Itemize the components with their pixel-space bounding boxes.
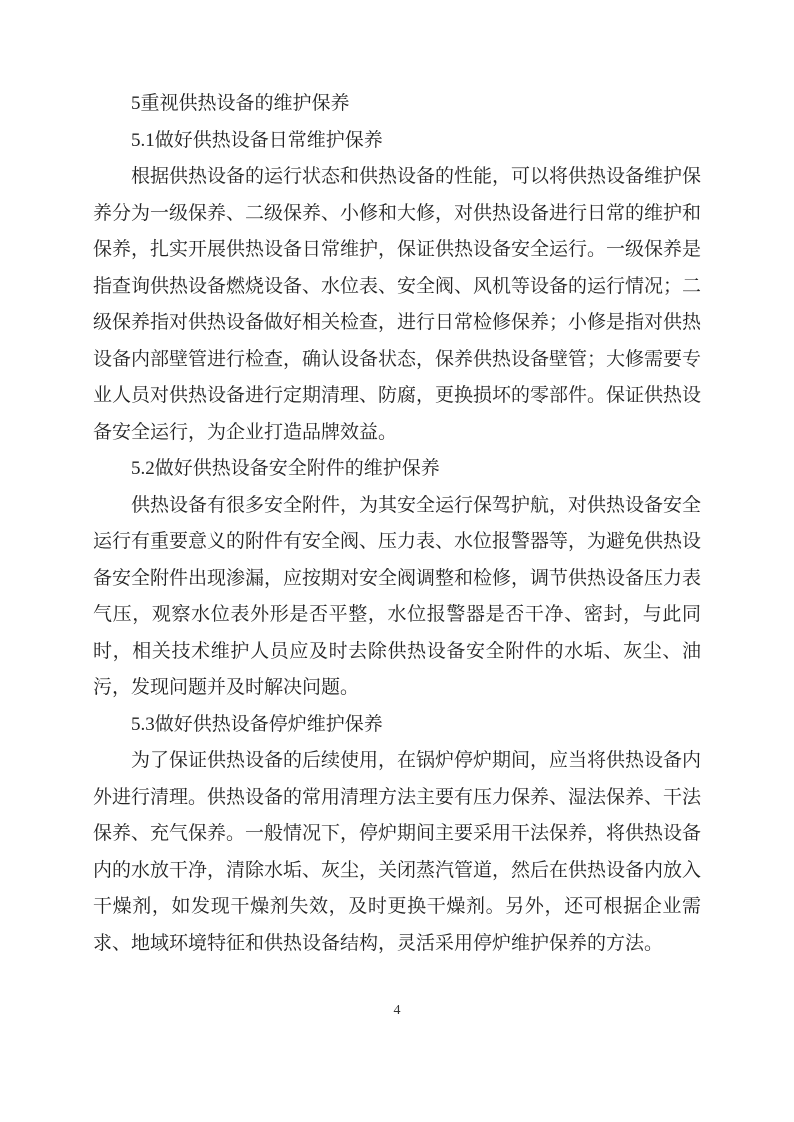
page-number: 4 (0, 1001, 794, 1021)
section-5-1-paragraph: 根据供热设备的运行状态和供热设备的性能，可以将供热设备维护保养分为一级保养、二级… (93, 159, 701, 451)
section-5-3-paragraph: 为了保证供热设备的后续使用，在锅炉停炉期间，应当将供热设备内外进行清理。供热设备… (93, 743, 701, 962)
section-title-5-3: 5.3做好供热设备停炉维护保养 (93, 707, 701, 744)
document-page: 5重视供热设备的维护保养 5.1做好供热设备日常维护保养 根据供热设备的运行状态… (0, 0, 794, 1122)
chapter-heading: 5重视供热设备的维护保养 (93, 86, 701, 123)
document-content: 5重视供热设备的维护保养 5.1做好供热设备日常维护保养 根据供热设备的运行状态… (93, 86, 701, 962)
section-title-5-1: 5.1做好供热设备日常维护保养 (93, 123, 701, 160)
section-5-2-paragraph: 供热设备有很多安全附件，为其安全运行保驾护航，对供热设备安全运行有重要意义的附件… (93, 488, 701, 707)
section-title-5-2: 5.2做好供热设备安全附件的维护保养 (93, 451, 701, 488)
